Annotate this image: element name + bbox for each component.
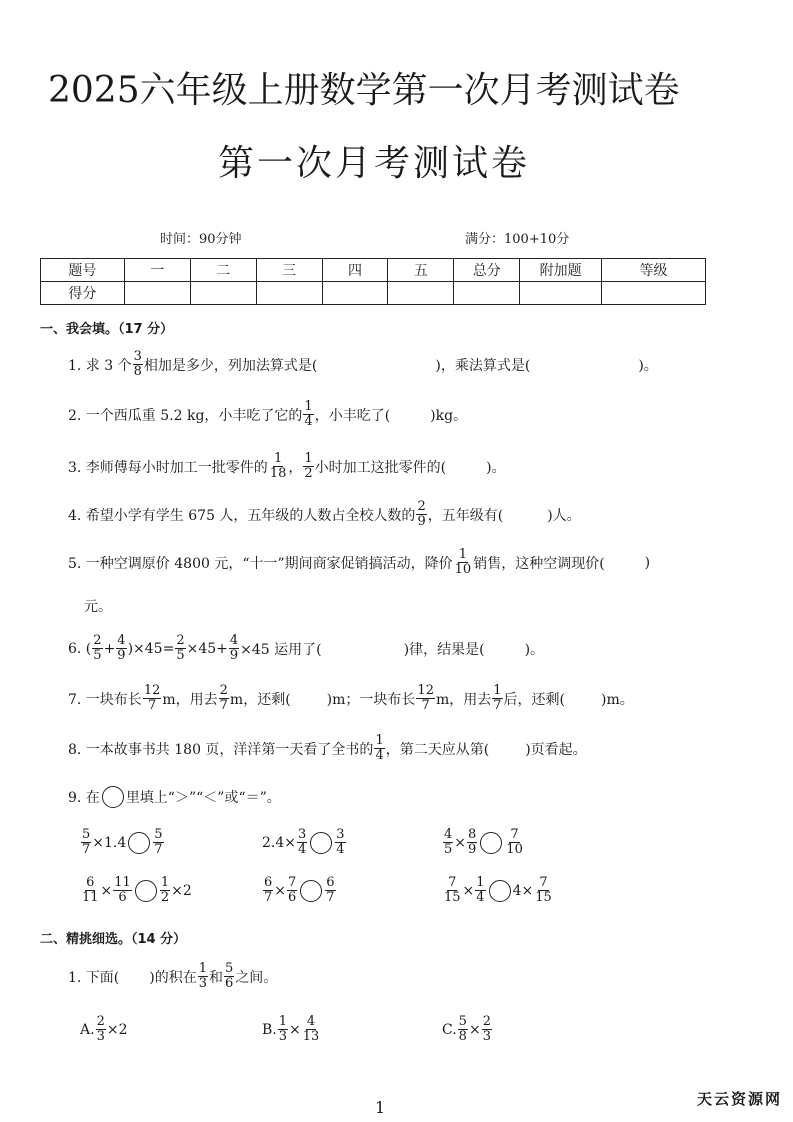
numerator: 2 [219, 684, 229, 699]
numerator: 2 [416, 500, 426, 515]
q-text: 4× [513, 883, 534, 899]
numerator: 2 [92, 634, 102, 649]
fraction: 67 [325, 876, 335, 905]
numerator: 7 [509, 828, 519, 843]
q-text: )律，结果是( [404, 639, 485, 659]
q-text: 7. 一块布长 [68, 689, 142, 709]
numerator: 6 [325, 876, 335, 891]
numerator: 7 [447, 876, 457, 891]
option-c[interactable]: C. 58 × 23 [442, 1015, 493, 1044]
denominator: 4 [303, 415, 313, 429]
fraction: 76 [287, 876, 297, 905]
page-number: 1 [375, 1098, 385, 1117]
q-text: 之间。 [235, 967, 277, 987]
fraction: 34 [335, 828, 345, 857]
fraction: 12 [160, 876, 170, 905]
numerator: 3 [335, 828, 345, 843]
denominator: 9 [467, 843, 477, 857]
numerator: 1 [303, 452, 313, 467]
fraction: 611 [81, 876, 100, 905]
score-cell [602, 282, 706, 305]
fraction: 57 [81, 828, 91, 857]
compare-item-5: 67 × 76 67 [262, 876, 337, 905]
q-text: ， [288, 457, 302, 477]
denominator: 6 [117, 891, 127, 905]
numerator: 12 [416, 684, 435, 699]
q-text: 4. 希望小学有学生 675 人，五年级的人数占全校人数的 [68, 505, 415, 525]
denominator: 13 [302, 1030, 321, 1044]
denominator: 7 [81, 843, 91, 857]
q-text: 1. 求 3 个 [68, 355, 132, 375]
numerator: 6 [263, 876, 273, 891]
fraction: 56 [224, 962, 234, 991]
numerator: 1 [458, 548, 468, 563]
numerator: 11 [113, 876, 132, 891]
question-1-3: 3. 李师傅每小时加工一批零件的 118 ， 12 小时加工这批零件的( )。 [68, 452, 506, 481]
fraction: 49 [116, 634, 126, 663]
header-cell: 题号 [41, 259, 125, 282]
denominator: 7 [325, 891, 335, 905]
numerator: 3 [133, 350, 143, 365]
denominator: 5 [92, 649, 102, 663]
q-text: ，小丰吃了( [315, 405, 390, 425]
time-label: 时间：90分钟 [160, 228, 242, 247]
question-1-8: 8. 一本故事书共 180 页，洋洋第一天看了全书的 14 ，第二天应从第( )… [68, 734, 587, 763]
compare-circle[interactable] [489, 880, 511, 902]
header-cell: 四 [322, 259, 388, 282]
header-cell: 一 [124, 259, 190, 282]
header-cell: 等级 [602, 259, 706, 282]
q-text: )的积在 [149, 967, 196, 987]
fraction: 13 [278, 1015, 288, 1044]
numerator: 1 [278, 1015, 288, 1030]
q-text: 5. 一种空调原价 4800 元，“十一”期间商家促销搞活动，降价 [68, 553, 453, 573]
q-text: 8. 一本故事书共 180 页，洋洋第一天看了全书的 [68, 739, 373, 759]
question-1-4: 4. 希望小学有学生 675 人，五年级的人数占全校人数的 29 ，五年级有( … [68, 500, 581, 529]
fraction: 27 [219, 684, 229, 713]
denominator: 3 [96, 1030, 106, 1044]
fraction: 127 [143, 684, 162, 713]
q-text: 元。 [84, 596, 112, 616]
fraction: 34 [297, 828, 307, 857]
q-text: × [463, 883, 475, 899]
compare-item-2: 2.4× 34 34 [262, 828, 347, 857]
q-text: )，乘法算式是( [435, 355, 530, 375]
row-label: 得分 [41, 282, 125, 305]
section-1-heading: 一、我会填。（17 分） [40, 318, 173, 337]
score-cell [454, 282, 520, 305]
denominator: 7 [153, 843, 163, 857]
denominator: 6 [287, 891, 297, 905]
compare-item-3: 45 × 89 710 [442, 828, 525, 857]
q-text: × [289, 1022, 301, 1038]
numerator: 4 [306, 1015, 316, 1030]
document-title: 2025六年级上册数学第一次月考测试卷 [48, 62, 680, 113]
numerator: 1 [303, 400, 313, 415]
fraction: 17 [492, 684, 502, 713]
denominator: 2 [303, 467, 313, 481]
denominator: 7 [147, 699, 157, 713]
fraction: 715 [443, 876, 462, 905]
q-text: ，五年级有( [428, 505, 503, 525]
question-1-6: 6. ( 25 + 49 )×45= 25 ×45+ 49 ×45 运用了( )… [68, 634, 544, 663]
denominator: 10 [505, 843, 524, 857]
denominator: 8 [458, 1030, 468, 1044]
denominator: 7 [219, 699, 229, 713]
numerator: 4 [229, 634, 239, 649]
q-text: 里填上“＞”“＜”或“＝”。 [126, 787, 281, 807]
fraction: 715 [534, 876, 553, 905]
fraction: 38 [133, 350, 143, 379]
denominator: 9 [416, 515, 426, 529]
fraction: 45 [443, 828, 453, 857]
fraction: 25 [92, 634, 102, 663]
numerator: 7 [287, 876, 297, 891]
score-table-header-row: 题号 一 二 三 四 五 总分 附加题 等级 [41, 259, 706, 282]
denominator: 9 [116, 649, 126, 663]
numerator: 1 [160, 876, 170, 891]
full-score-label: 满分：100+10分 [465, 228, 569, 247]
q-text: m，还剩( [230, 689, 291, 709]
denominator: 8 [133, 365, 143, 379]
denominator: 10 [454, 563, 473, 577]
compare-item-1: 57 ×1.4 57 [80, 828, 165, 857]
q-text: 和 [209, 967, 223, 987]
numerator: 4 [443, 828, 453, 843]
q-text: )人。 [547, 505, 580, 525]
section-2-heading: 二、精挑细选。（14 分） [40, 928, 186, 947]
q-text: ×2 [171, 883, 192, 899]
numerator: 1 [273, 452, 283, 467]
numerator: 6 [85, 876, 95, 891]
q-text: 6. ( [68, 641, 91, 657]
denominator: 5 [175, 649, 185, 663]
numerator: 2 [175, 634, 185, 649]
numerator: 1 [374, 734, 384, 749]
circle-icon [102, 786, 124, 808]
fraction: 14 [374, 734, 384, 763]
q-text: ×1.4 [92, 835, 126, 851]
numerator: 5 [224, 962, 234, 977]
option-a[interactable]: A. 23 ×2 [80, 1015, 127, 1044]
numerator: 4 [116, 634, 126, 649]
q-text: 销售，这种空调现价( [473, 553, 604, 573]
q-text: m，用去 [162, 689, 217, 709]
option-label: C. [442, 1022, 457, 1038]
q-text: m，用去 [436, 689, 491, 709]
q-text: × [454, 835, 466, 851]
q-text: ×2 [107, 1022, 128, 1038]
q-text: 2.4× [262, 835, 296, 851]
q-text: )。 [486, 457, 505, 477]
fraction: 127 [416, 684, 435, 713]
question-1-5-continued: 元。 [84, 596, 112, 616]
fraction: 23 [96, 1015, 106, 1044]
denominator: 4 [297, 843, 307, 857]
denominator: 15 [443, 891, 462, 905]
fraction: 118 [269, 452, 288, 481]
denominator: 7 [492, 699, 502, 713]
denominator: 9 [229, 649, 239, 663]
numerator: 1 [492, 684, 502, 699]
fraction: 29 [416, 500, 426, 529]
q-text: )kg。 [430, 405, 467, 425]
q-text: )页看起。 [525, 739, 586, 759]
numerator: 7 [538, 876, 548, 891]
q-text: ×45 运用了( [240, 639, 321, 659]
denominator: 7 [263, 891, 273, 905]
compare-circle[interactable] [300, 880, 322, 902]
fraction: 12 [303, 452, 313, 481]
compare-circle[interactable] [128, 832, 150, 854]
fraction: 116 [113, 876, 132, 905]
numerator: 3 [297, 828, 307, 843]
watermark: 天云资源网 [697, 1088, 782, 1109]
score-cell [520, 282, 602, 305]
q-text: )×45= [128, 641, 175, 657]
denominator: 7 [421, 699, 431, 713]
denominator: 3 [198, 977, 208, 991]
question-1-5: 5. 一种空调原价 4800 元，“十一”期间商家促销搞活动，降价 110 销售… [68, 548, 650, 577]
score-cell [190, 282, 256, 305]
q-text: 相加是多少，列加法算式是( [144, 355, 317, 375]
q-text: ，第二天应从第( [386, 739, 489, 759]
fraction: 25 [175, 634, 185, 663]
fraction: 13 [198, 962, 208, 991]
score-table: 题号 一 二 三 四 五 总分 附加题 等级 得分 [40, 258, 706, 305]
document-subtitle: 第一次月考测试卷 [218, 135, 530, 186]
q-text: + [104, 641, 116, 657]
numerator: 8 [467, 828, 477, 843]
q-text: )。 [525, 639, 544, 659]
denominator: 6 [224, 977, 234, 991]
option-label: A. [80, 1022, 95, 1038]
denominator: 4 [335, 843, 345, 857]
header-cell: 总分 [454, 259, 520, 282]
q-text: )m。 [601, 689, 634, 709]
denominator: 15 [534, 891, 553, 905]
compare-circle[interactable] [480, 832, 502, 854]
denominator: 11 [81, 891, 100, 905]
q-text: )。 [638, 355, 657, 375]
fraction: 14 [303, 400, 313, 429]
q-text: )m；一块布长 [327, 689, 416, 709]
header-cell: 附加题 [520, 259, 602, 282]
fraction: 710 [505, 828, 524, 857]
header-cell: 五 [388, 259, 454, 282]
compare-circle[interactable] [310, 832, 332, 854]
q-text: 小时加工这批零件的( [315, 457, 446, 477]
fraction: 14 [475, 876, 485, 905]
question-1-7: 7. 一块布长 127 m，用去 27 m，还剩( )m；一块布长 127 m，… [68, 684, 634, 713]
q-text: × [469, 1022, 481, 1038]
numerator: 1 [475, 876, 485, 891]
question-1-2: 2. 一个西瓜重 5.2 kg，小丰吃了它的 14 ，小丰吃了( )kg。 [68, 400, 467, 429]
denominator: 4 [374, 749, 384, 763]
header-cell: 二 [190, 259, 256, 282]
numerator: 1 [198, 962, 208, 977]
score-cell [124, 282, 190, 305]
compare-item-6: 715 × 14 4× 715 [442, 876, 554, 905]
fraction: 58 [458, 1015, 468, 1044]
option-b[interactable]: B. 13 × 413 [262, 1015, 321, 1044]
q-text: 3. 李师傅每小时加工一批零件的 [68, 457, 268, 477]
denominator: 5 [443, 843, 453, 857]
fraction: 57 [153, 828, 163, 857]
numerator: 2 [96, 1015, 106, 1030]
numerator: 5 [153, 828, 163, 843]
q-text: ×45+ [187, 641, 228, 657]
score-cell [256, 282, 322, 305]
compare-circle[interactable] [135, 880, 157, 902]
option-label: B. [262, 1022, 277, 1038]
numerator: 5 [458, 1015, 468, 1030]
q-text: × [274, 883, 286, 899]
question-1-9: 9. 在 里填上“＞”“＜”或“＝”。 [68, 786, 281, 808]
fraction: 110 [454, 548, 473, 577]
compare-item-4: 611 × 116 12 ×2 [80, 876, 192, 905]
q-text: ) [645, 555, 650, 571]
denominator: 3 [278, 1030, 288, 1044]
score-cell [322, 282, 388, 305]
fraction: 49 [229, 634, 239, 663]
question-2-1: 1. 下面( )的积在 13 和 56 之间。 [68, 962, 277, 991]
q-text: 2. 一个西瓜重 5.2 kg，小丰吃了它的 [68, 405, 302, 425]
header-cell: 三 [256, 259, 322, 282]
denominator: 2 [160, 891, 170, 905]
denominator: 18 [269, 467, 288, 481]
score-table-score-row: 得分 [41, 282, 706, 305]
numerator: 12 [143, 684, 162, 699]
question-1-1: 1. 求 3 个 38 相加是多少，列加法算式是( )，乘法算式是( )。 [68, 350, 658, 379]
q-text: 后，还剩( [504, 689, 565, 709]
fraction: 23 [482, 1015, 492, 1044]
q-text: 9. 在 [68, 787, 100, 807]
q-text: 1. 下面( [68, 967, 119, 987]
numerator: 5 [81, 828, 91, 843]
denominator: 4 [475, 891, 485, 905]
score-cell [388, 282, 454, 305]
fraction: 89 [467, 828, 477, 857]
q-text: × [101, 883, 113, 899]
fraction: 67 [263, 876, 273, 905]
denominator: 3 [482, 1030, 492, 1044]
fraction: 413 [302, 1015, 321, 1044]
numerator: 2 [482, 1015, 492, 1030]
